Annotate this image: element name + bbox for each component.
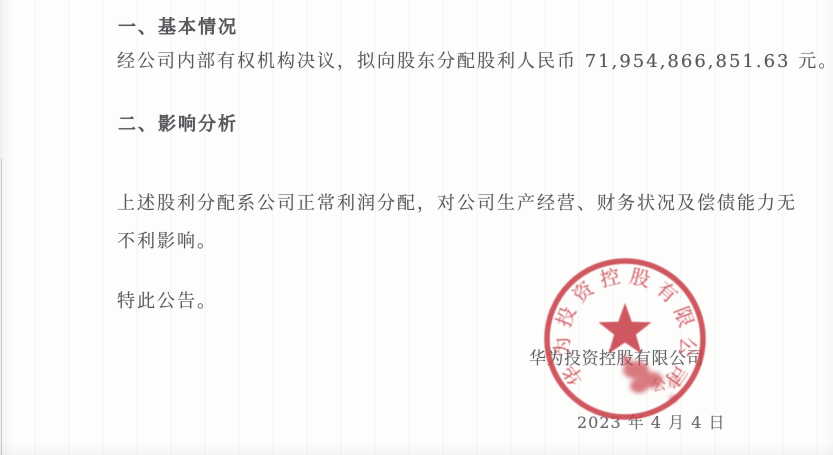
seal-ring-char: 资 <box>568 276 600 308</box>
signature-company-name: 华为投资控股有限公司 <box>529 344 704 369</box>
signature-date: 2023 年 4 月 4 日 <box>577 410 726 433</box>
announcement-page: 一、基本情况 经公司内部有权机构决议，拟向股东分配股利人民币 71,954,86… <box>0 0 833 455</box>
seal-ring-char: 投 <box>551 303 581 330</box>
seal-ring-char: 股 <box>628 264 653 292</box>
section2-heading: 二、影响分析 <box>118 110 238 136</box>
section2-body-line2: 不利影响。 <box>117 227 217 253</box>
company-seal-stamp-icon: 华 为 投 资 控 股 有 限 公 司 公章 <box>539 253 711 425</box>
seal-ring-char: 限 <box>669 303 699 330</box>
page-edge-line <box>1 158 2 455</box>
seal-ring-char: 有 <box>651 276 682 307</box>
seal-bottom-label: 公章 <box>650 373 682 395</box>
seal-ring <box>547 261 703 417</box>
seal-ring-char: 控 <box>597 264 622 292</box>
seal-ring-text: 华 为 投 资 控 股 有 限 公 司 <box>549 264 700 390</box>
section2-body-line1: 上述股利分配系公司正常利润分配，对公司生产经营、财务状况及偿债能力无 <box>117 189 797 215</box>
closing-statement: 特此公告。 <box>117 287 217 313</box>
section1-heading: 一、基本情况 <box>118 13 238 39</box>
section1-body: 经公司内部有权机构决议，拟向股东分配股利人民币 71,954,866,851.6… <box>117 47 833 73</box>
